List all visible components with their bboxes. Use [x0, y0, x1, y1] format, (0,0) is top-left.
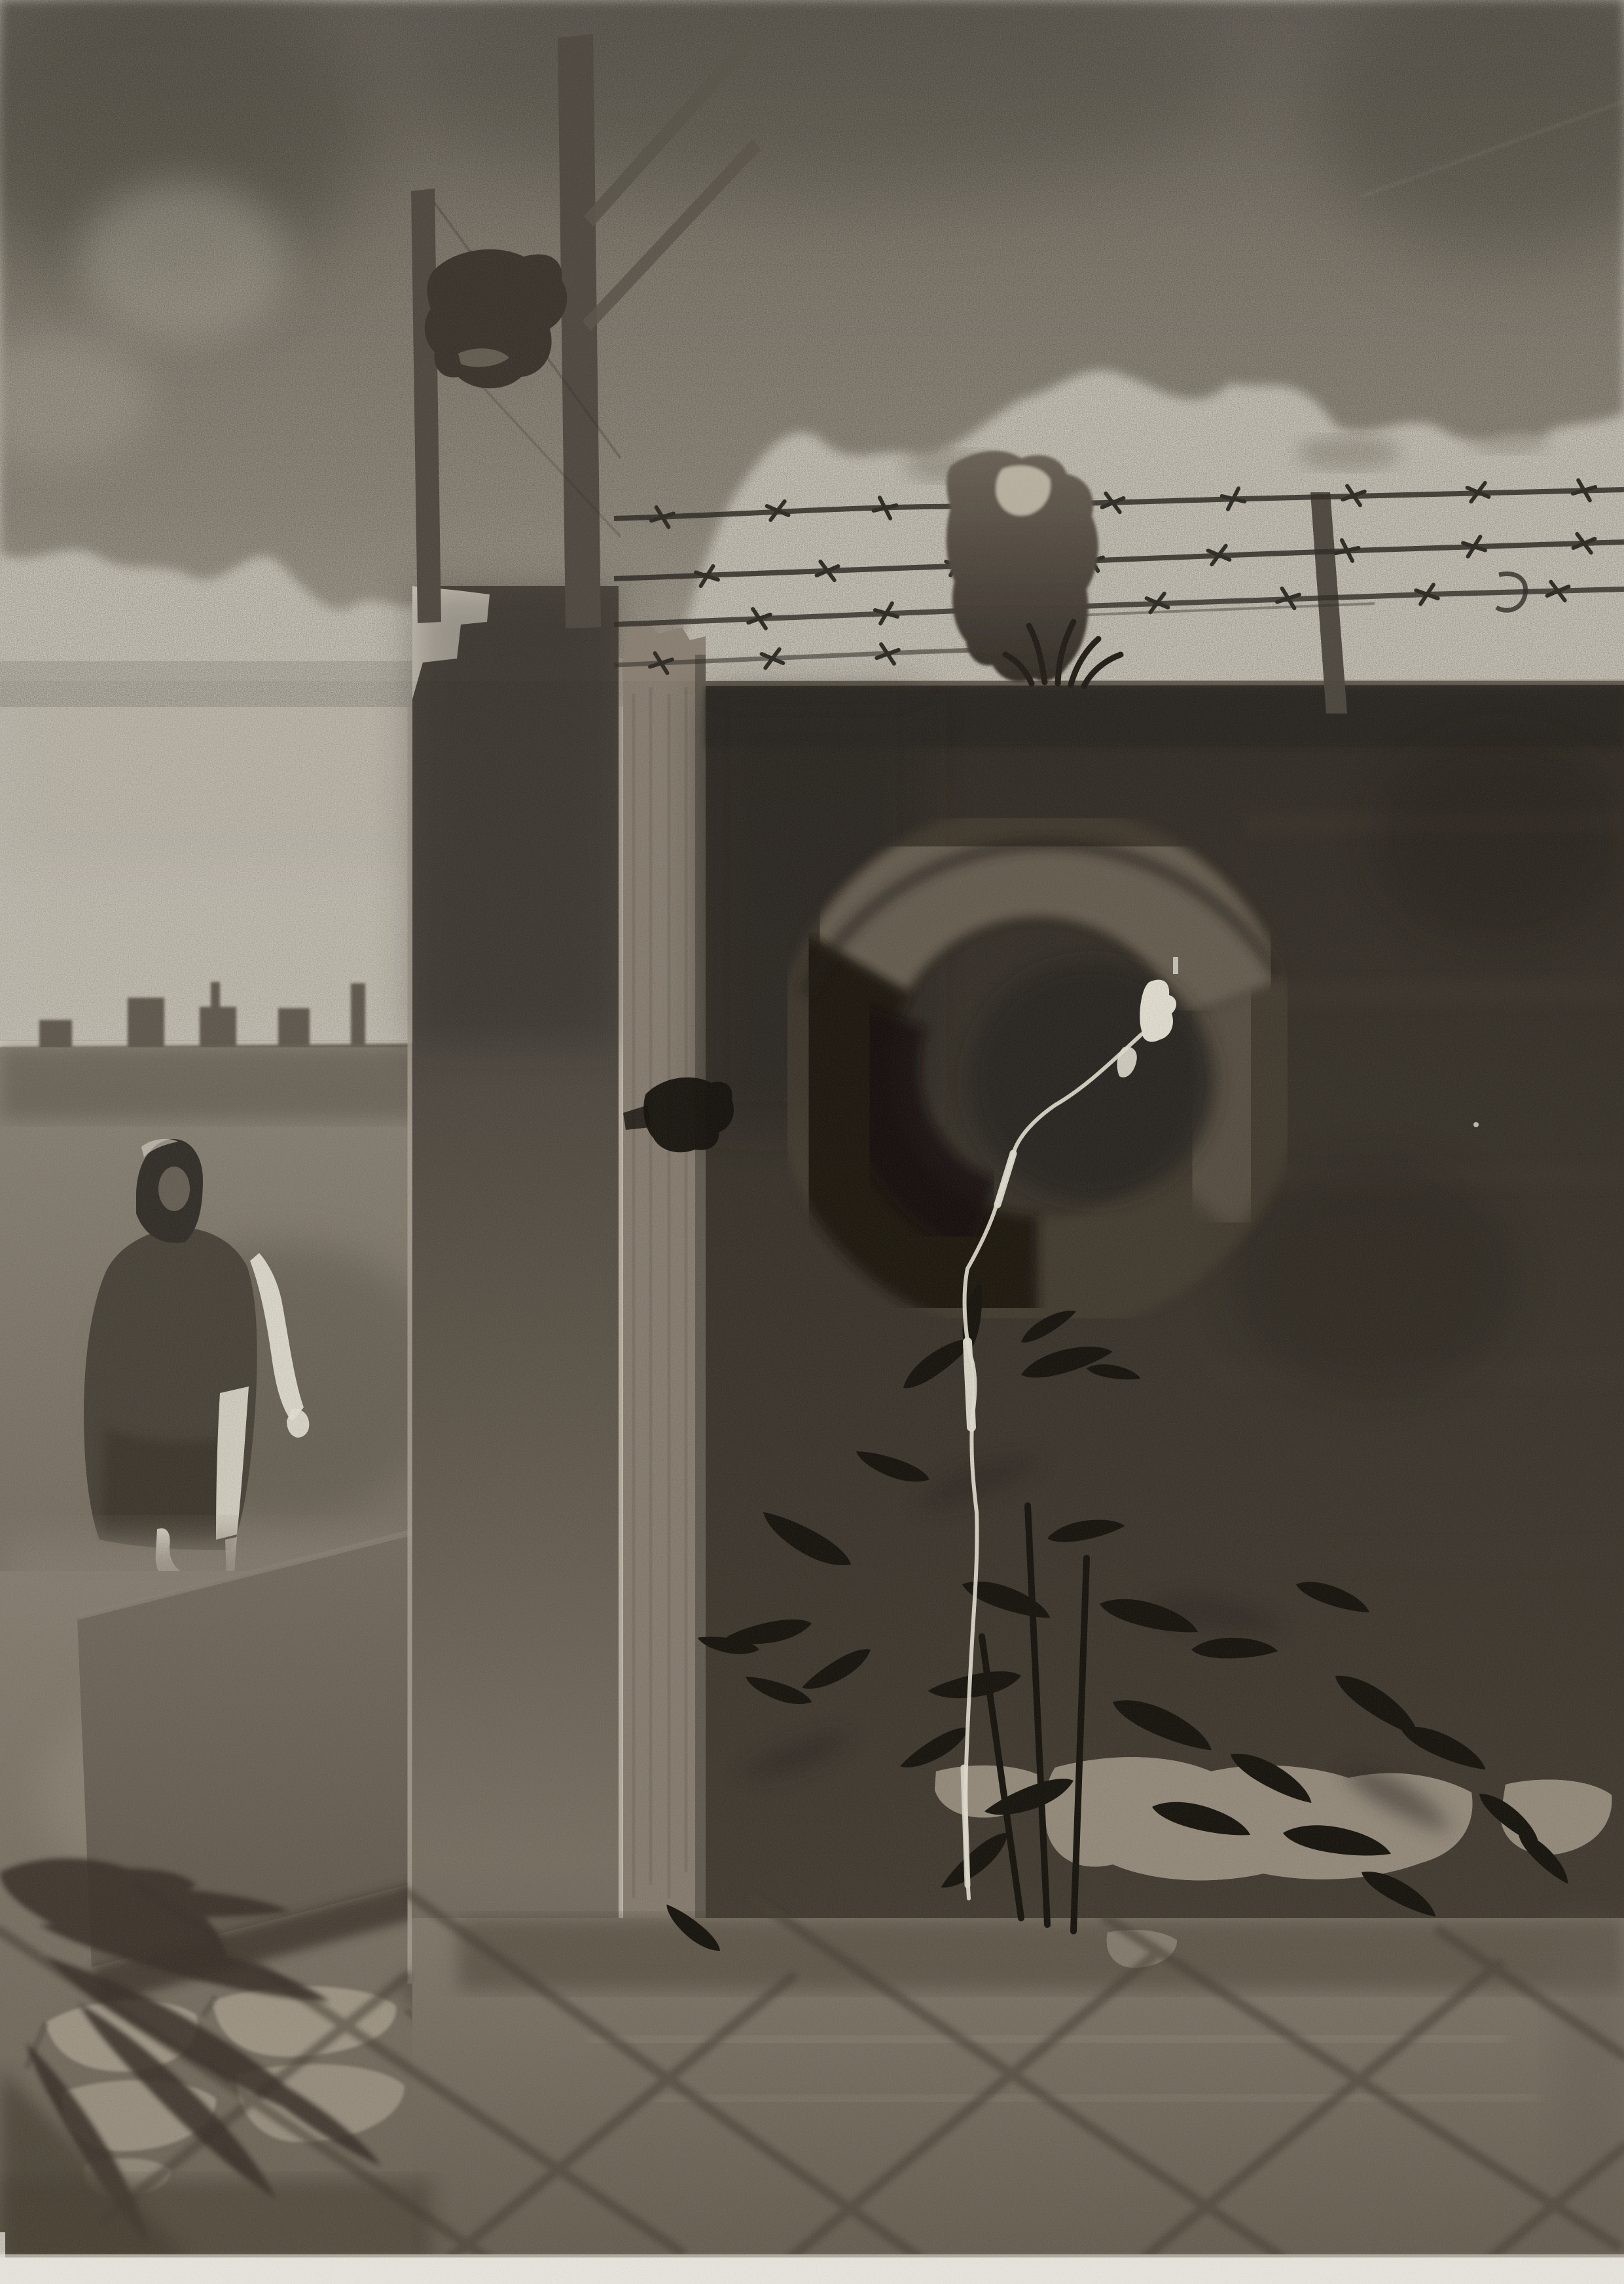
paper-grain	[0, 0, 1624, 2284]
grain-dark	[0, 0, 1624, 2284]
screenshot-root	[0, 0, 1624, 2284]
etching-artwork-photo	[0, 0, 1624, 2284]
